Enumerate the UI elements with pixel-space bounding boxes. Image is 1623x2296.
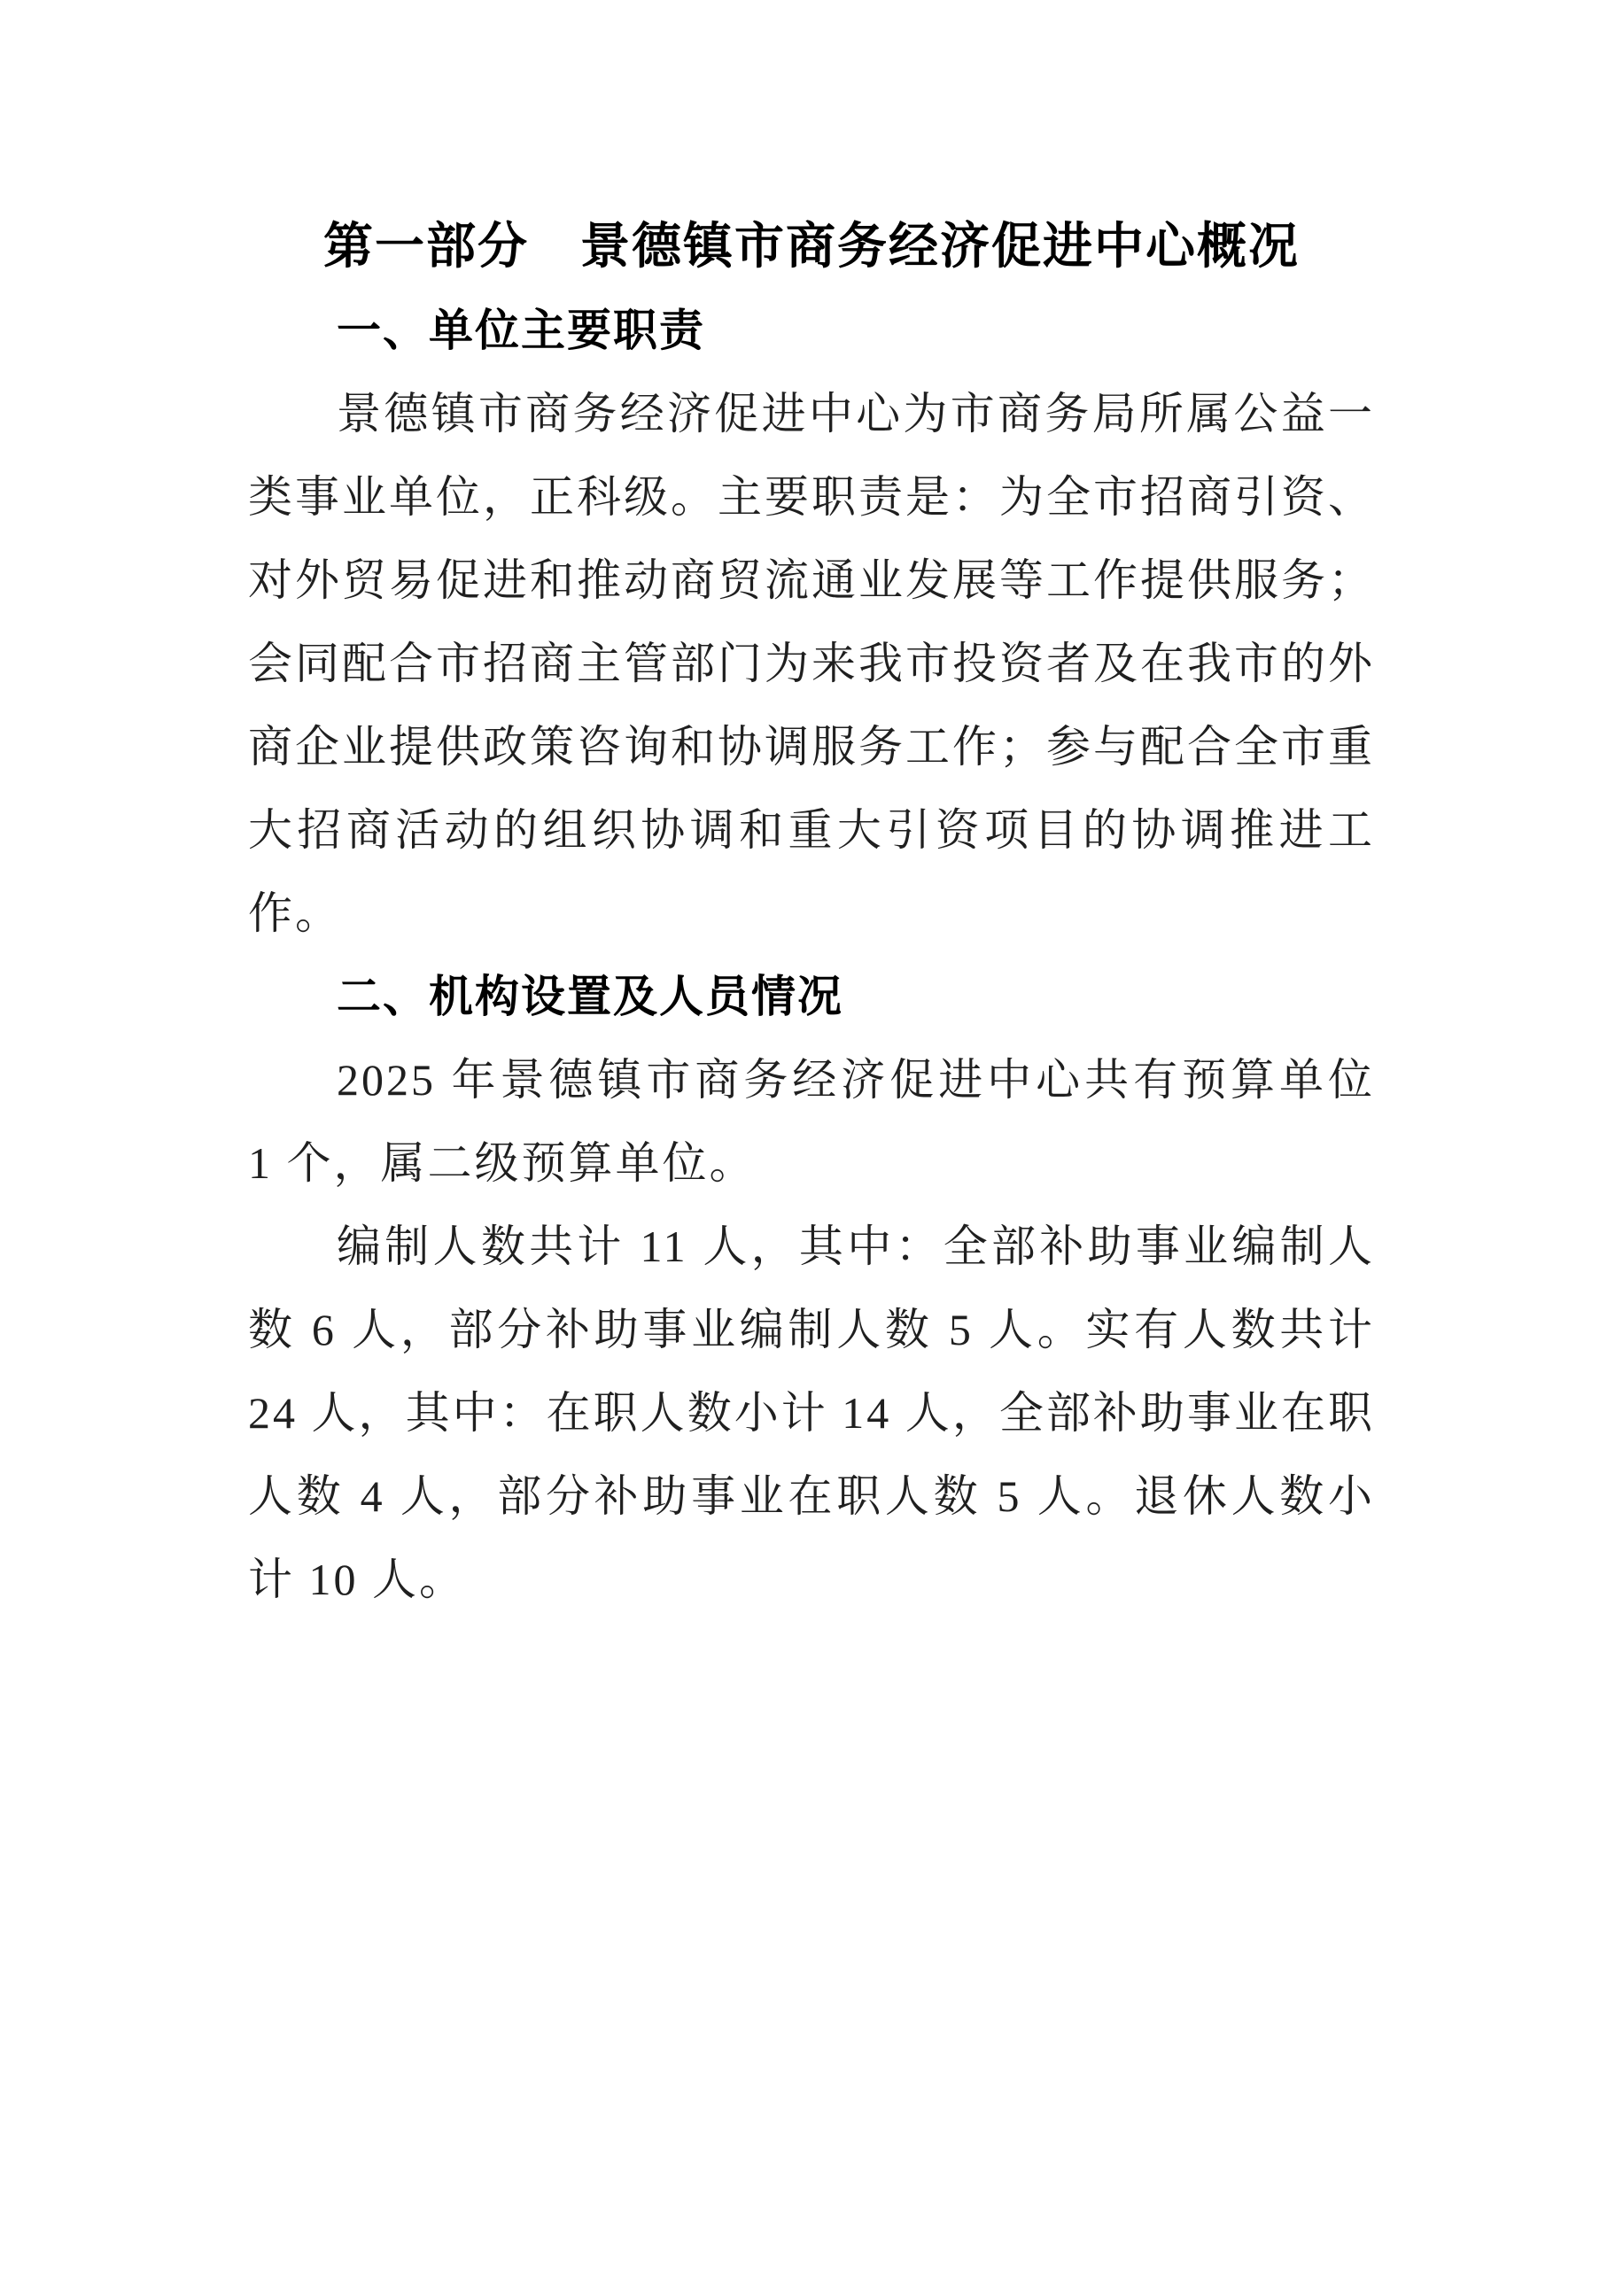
section-1-heading: 一、单位主要职责 — [248, 289, 1375, 372]
section-2-paragraph-1: 2025 年景德镇市商务经济促进中心共有预算单位 1 个，属二级预算单位。 — [248, 1038, 1375, 1205]
document-title: 第一部分 景德镇市商务经济促进中心概况 — [248, 206, 1375, 289]
section-1-paragraph-1: 景德镇市商务经济促进中心为市商务局所属公益一类事业单位，正科级。主要职责是：为全… — [248, 372, 1375, 955]
section-2-heading: 二、机构设置及人员情况 — [248, 955, 1375, 1038]
section-2-paragraph-2: 编制人数共计 11 人，其中：全部补助事业编制人数 6 人，部分补助事业编制人数… — [248, 1205, 1375, 1621]
document-page: 第一部分 景德镇市商务经济促进中心概况 一、单位主要职责 景德镇市商务经济促进中… — [0, 0, 1623, 2296]
